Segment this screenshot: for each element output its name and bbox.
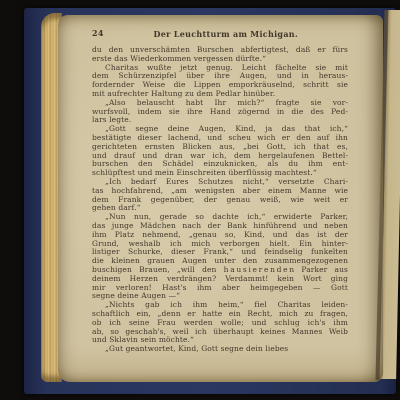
- book-photo: 24 Der Leuchtturm am Michigan. du den un…: [0, 0, 400, 400]
- body-text: du den unverschämten Burschen abfertigte…: [92, 46, 348, 354]
- page-content: 24 Der Leuchtturm am Michigan. du den un…: [92, 28, 348, 354]
- text-line: „Gut geantwortet, Kind, Gott segne dein …: [92, 345, 348, 354]
- book-page: 24 Der Leuchtturm am Michigan. du den un…: [58, 15, 383, 382]
- running-title: Der Leuchtturm am Michigan.: [154, 29, 298, 39]
- page-header: 24 Der Leuchtturm am Michigan.: [92, 28, 348, 38]
- page-number: 24: [92, 28, 104, 38]
